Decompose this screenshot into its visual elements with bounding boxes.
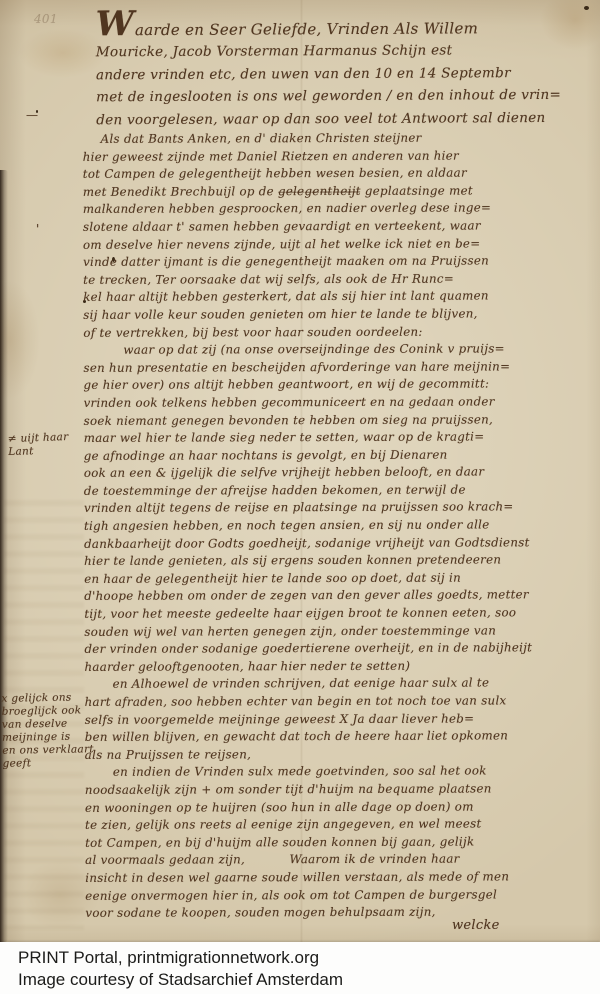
manuscript-line: tijt, voor het meeste gedeelte haar eijg… <box>84 604 592 623</box>
manuscript-line: malkanderen hebben gesproocken, en nadie… <box>83 199 591 218</box>
manuscript-line: sij haar volle keur souden genieten om h… <box>83 305 591 324</box>
margin-dash-mark: — <box>26 108 38 122</box>
manuscript-line: hier geweest zijnde met Daniel Rietzen e… <box>83 147 591 166</box>
letter-salutation-block: Waarde en Seer Geliefde, Vrinden Als Wil… <box>96 13 593 132</box>
manuscript-line: ook an een & ijgelijk die selfve vrijhei… <box>84 463 592 482</box>
manuscript-line: insicht in desen wel gaarne soude willen… <box>85 868 593 887</box>
archival-scan-page: 401 Waarde en Seer Geliefde, Vrinden Als… <box>0 0 600 994</box>
manuscript-line: ge afnodinge an haar nochtans is gevolgt… <box>84 446 592 465</box>
manuscript-line: en wooningen op te huijren (soo hun in a… <box>85 798 593 817</box>
manuscript-line: eenige onvermogen hier in, als ook om to… <box>85 886 593 905</box>
manuscript-line: den voorgelesen, waar op dan soo veel to… <box>96 106 592 131</box>
manuscript-line: ben willen blijven, en gewacht dat toch … <box>85 727 593 746</box>
manuscript-line: soek niemant genegen bevonden te hebben … <box>84 411 592 430</box>
manuscript-line: andere vrinden etc, den uwen van den 10 … <box>96 62 592 87</box>
manuscript-line: met de ingeslooten is ons wel geworden /… <box>96 84 592 109</box>
manuscript-line: als na Pruijssen te reijsen, <box>85 745 593 764</box>
manuscript-line: ge hier over) ons altijt hebben geantwoo… <box>83 375 591 394</box>
manuscript-line: der vrinden onder sodanige goedertierene… <box>84 639 592 658</box>
letter-body-block: Als dat Bants Anken, en d' diaken Christ… <box>83 129 594 922</box>
manuscript-line: vrinden altijt tegens de reijse en plaat… <box>84 499 592 518</box>
manuscript-line: slotene aldaar t' samen hebben gevaardig… <box>83 217 591 236</box>
manuscript-line: Mouricke, Jacob Vorsterman Harmanus Schi… <box>96 39 592 64</box>
manuscript-line: hier te lande genieten, als sij ergens s… <box>84 551 592 570</box>
manuscript-line: tot Campen, en bij d'huijm alle souden k… <box>85 833 593 852</box>
manuscript-line: of te vertrekken, bij best voor haar sou… <box>83 323 591 342</box>
manuscript-line: waar op dat zij (na onse overseijndinge … <box>83 340 591 359</box>
manuscript-line: al voormaals gedaan zijn, Waarom ik de v… <box>85 850 593 869</box>
manuscript-line: d'hoope hebben om onder de zegen van den… <box>84 587 592 606</box>
manuscript-line: tot Campen de gelegentheijt hebben wesen… <box>83 164 591 183</box>
ink-speck <box>584 6 589 10</box>
paper-stain <box>18 28 108 78</box>
credit-portal-line: PRINT Portal, printmigrationnetwork.org <box>18 942 600 969</box>
manuscript-line: en indien de Vrinden sulx mede goetvinde… <box>85 762 593 781</box>
manuscript-line: en haar de gelegentheijt hier te lande s… <box>84 569 592 588</box>
faint-page-number: 401 <box>34 12 58 26</box>
manuscript-line: selfs in voorgemelde meijninge geweest X… <box>85 710 593 729</box>
scan-edge-shadow <box>0 170 8 942</box>
manuscript-line: om deselve hier nevens zijnde, uijt al h… <box>83 235 591 254</box>
manuscript-line: met Benedikt Brechbuijl op de g̶e̶l̶e̶g̶… <box>83 182 591 201</box>
manuscript-line: tigh angesien hebben, en noch tegen ansi… <box>84 516 592 535</box>
manuscript-line: noodsaakelijk zijn + om sonder tijt d'hu… <box>85 780 593 799</box>
manuscript-line: te zien, gelijk ons reets al eenige zijn… <box>85 815 593 834</box>
caption-bar: PRINT Portal, printmigrationnetwork.org … <box>0 942 600 994</box>
margin-tick-mark: ' <box>36 222 40 236</box>
margin-note-gelijck-ons: x gelijck ons broeglijck ook van deselve… <box>1 691 94 771</box>
manuscript-line: voor sodane te koopen, souden mogen behu… <box>85 903 593 922</box>
credit-source-line: Image courtesy of Stadsarchief Amsterdam <box>18 969 600 991</box>
manuscript-line: de toestemminge der afreijse hadden beko… <box>84 481 592 500</box>
catchword: welcke <box>452 918 500 933</box>
manuscript-line: Als dat Bants Anken, en d' diaken Christ… <box>83 129 591 148</box>
manuscript-line: hart afraden, soo hebben echter van begi… <box>85 692 593 711</box>
manuscript-line: Waarde en Seer Geliefde, Vrinden Als Wil… <box>96 13 592 42</box>
manuscript-line: te trecken, Ter oorsaake dat wij selfs, … <box>83 270 591 289</box>
manuscript-line: en Alhoewel de vrinden schrijven, dat ee… <box>85 675 593 694</box>
manuscript-paper: 401 Waarde en Seer Geliefde, Vrinden Als… <box>0 0 600 942</box>
margin-note-uijt-haar-lant: ≠ uijt haar Lant <box>8 431 70 459</box>
manuscript-line: haarder gelooftgenooten, haar hier neder… <box>84 657 592 676</box>
manuscript-line: maar wel hier te lande sieg neder te set… <box>84 428 592 447</box>
manuscript-line: sen hun presentatie en bescheijden afvor… <box>83 358 591 377</box>
manuscript-line: vinde datter ijmant is die genegentheijt… <box>83 252 591 271</box>
manuscript-line: dankbaarheijt door Godts goedheijt, soda… <box>84 534 592 553</box>
manuscript-line: vrinden ook telkens hebben gecommuniceer… <box>84 393 592 412</box>
manuscript-line: kel haar altijt hebben gesterkert, dat a… <box>83 287 591 306</box>
manuscript-line: souden wij wel van herten genegen zijn, … <box>84 622 592 641</box>
